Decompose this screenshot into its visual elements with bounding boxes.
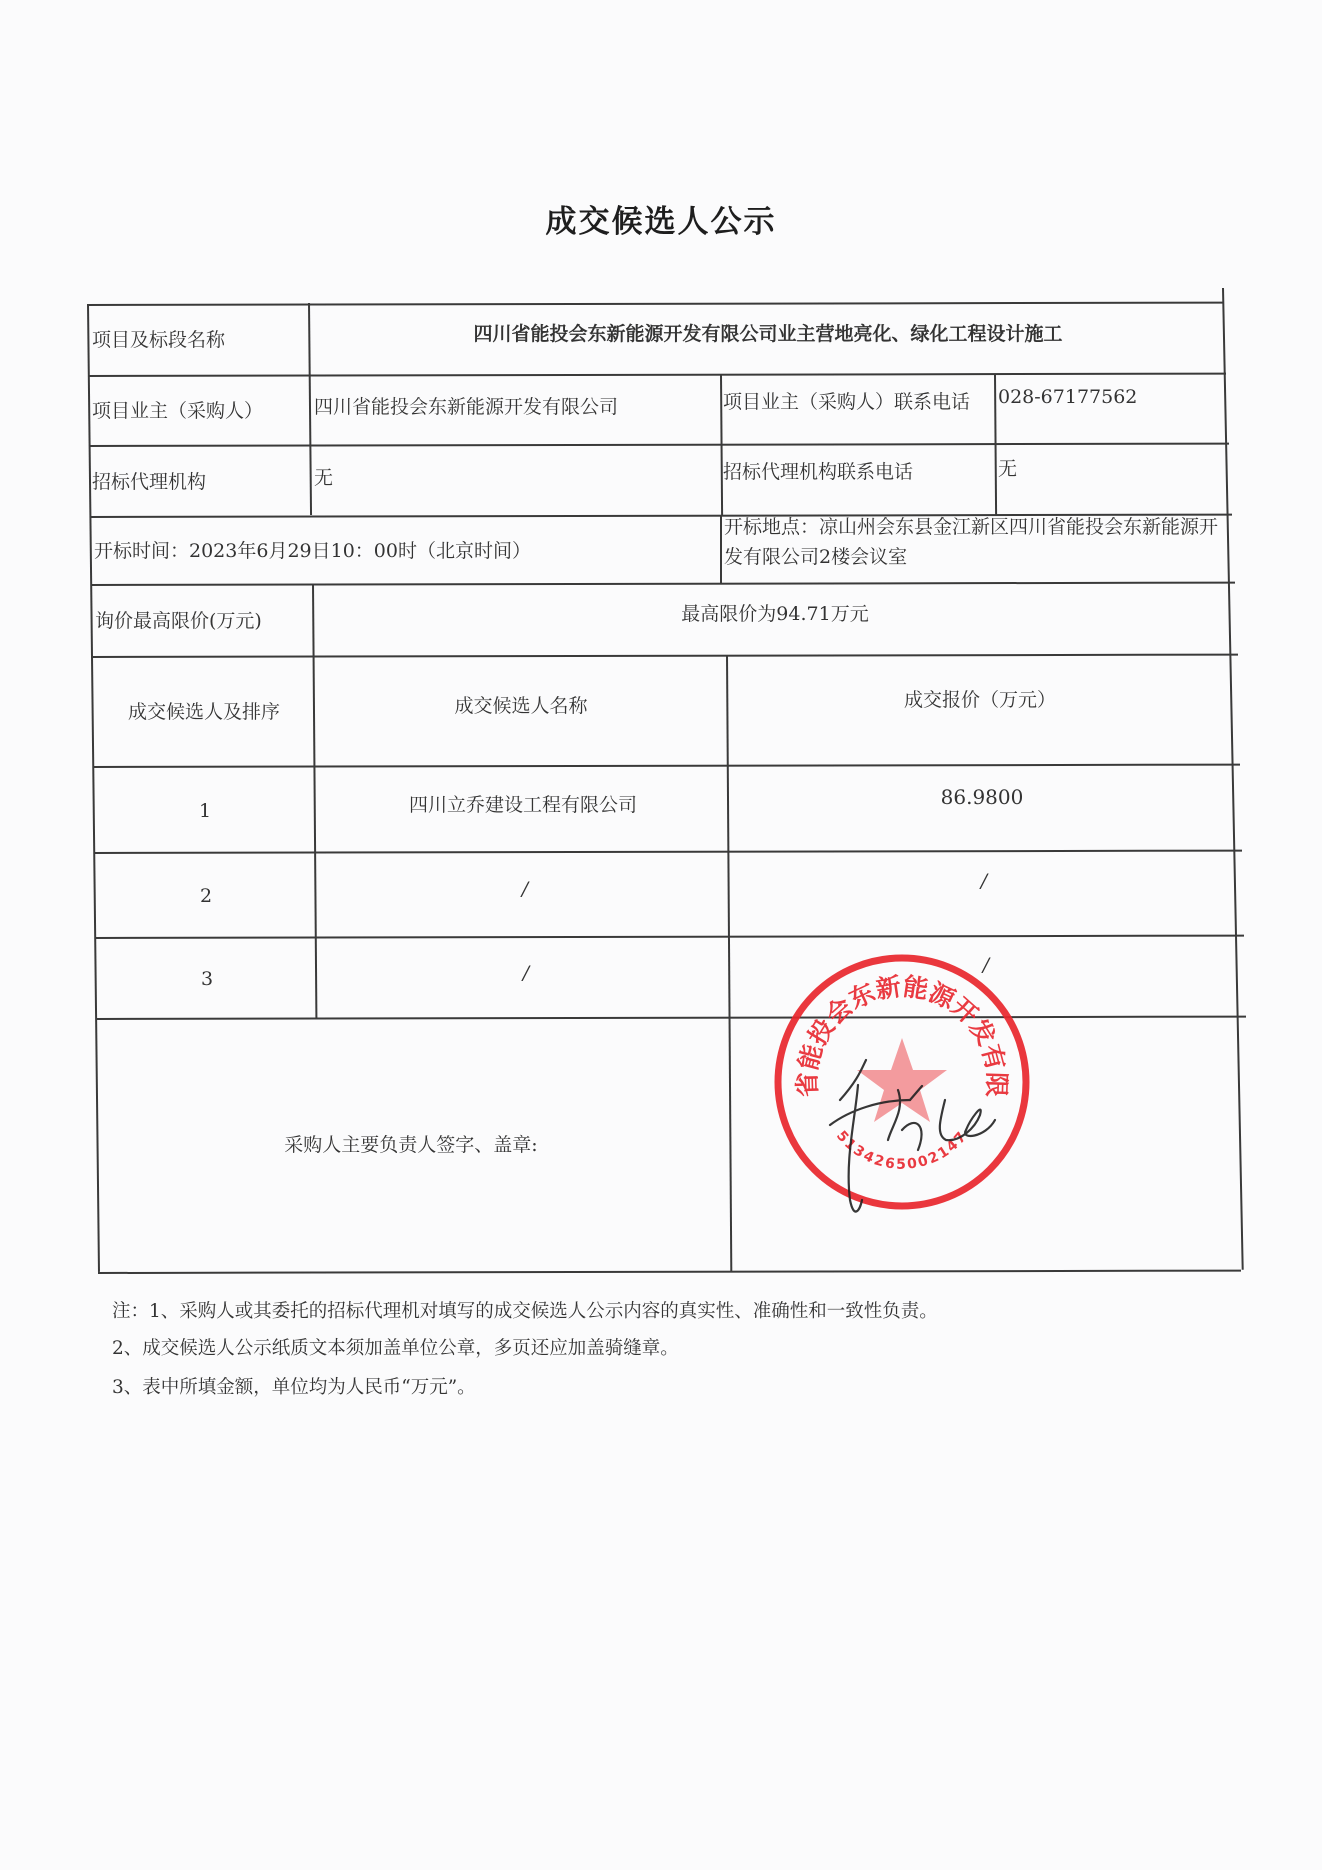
signature-label: 采购人主要负责人签字、盖章: — [100, 1020, 722, 1270]
owner-phone-label: 项目业主（采购人）联系电话 — [723, 368, 995, 436]
candidate-rank: 1 — [98, 770, 312, 852]
note-1: 注：1、采购人或其委托的招标代理机对填写的成交候选人公示内容的真实性、准确性和一… — [112, 1297, 938, 1323]
svg-text:5134265002147: 5134265002147 — [833, 1128, 971, 1173]
candidate-rank: 2 — [99, 855, 313, 937]
agency-phone-value: 无 — [998, 435, 1218, 503]
header-price: 成交报价（万元） — [730, 648, 1230, 752]
header-rank: 成交候选人及排序 — [96, 660, 312, 764]
bid-open-location: 开标地点：凉山州会东县金江新区四川省能投会东新能源开发有限公司2楼会议室 — [724, 508, 1224, 576]
candidate-rank: 3 — [100, 938, 314, 1020]
document-title: 成交候选人公示 — [0, 196, 1322, 241]
col-divider — [720, 516, 722, 584]
candidate-name: / — [323, 932, 729, 1014]
header-name: 成交候选人名称 — [318, 654, 724, 758]
max-price-label: 询价最高限价(万元) — [95, 586, 309, 656]
owner-value: 四川省能投会东新能源开发有限公司 — [314, 373, 718, 441]
owner-phone-value: 028-67177562 — [998, 363, 1218, 431]
candidate-name: 四川立乔建设工程有限公司 — [320, 764, 726, 846]
owner-label: 项目业主（采购人） — [92, 377, 306, 445]
bid-open-time: 开标时间：2023年6月29日10：00时（北京时间） — [94, 518, 718, 584]
candidate-price: / — [734, 840, 1234, 922]
candidate-name: / — [322, 848, 728, 930]
max-price-value: 最高限价为94.71万元 — [318, 580, 1232, 648]
agency-value: 无 — [314, 444, 718, 512]
agency-phone-label: 招标代理机构联系电话 — [723, 438, 995, 506]
table-border-bottom — [98, 1270, 1241, 1274]
note-2: 2、成交候选人公示纸质文本须加盖单位公章，多页还应加盖骑缝章。 — [112, 1334, 679, 1360]
project-name-value: 四川省能投会东新能源开发有限公司业主营地亮化、绿化工程设计施工 — [312, 300, 1224, 368]
note-3: 3、表中所填金额，单位均为人民币“万元”。 — [112, 1373, 476, 1399]
official-seal-icon: 四川省能投会东新能源开发有限公司 5134265002147 — [770, 950, 1034, 1214]
candidate-price: 86.9800 — [732, 756, 1232, 838]
project-name-label: 项目及标段名称 — [92, 306, 306, 374]
agency-label: 招标代理机构 — [92, 448, 306, 516]
